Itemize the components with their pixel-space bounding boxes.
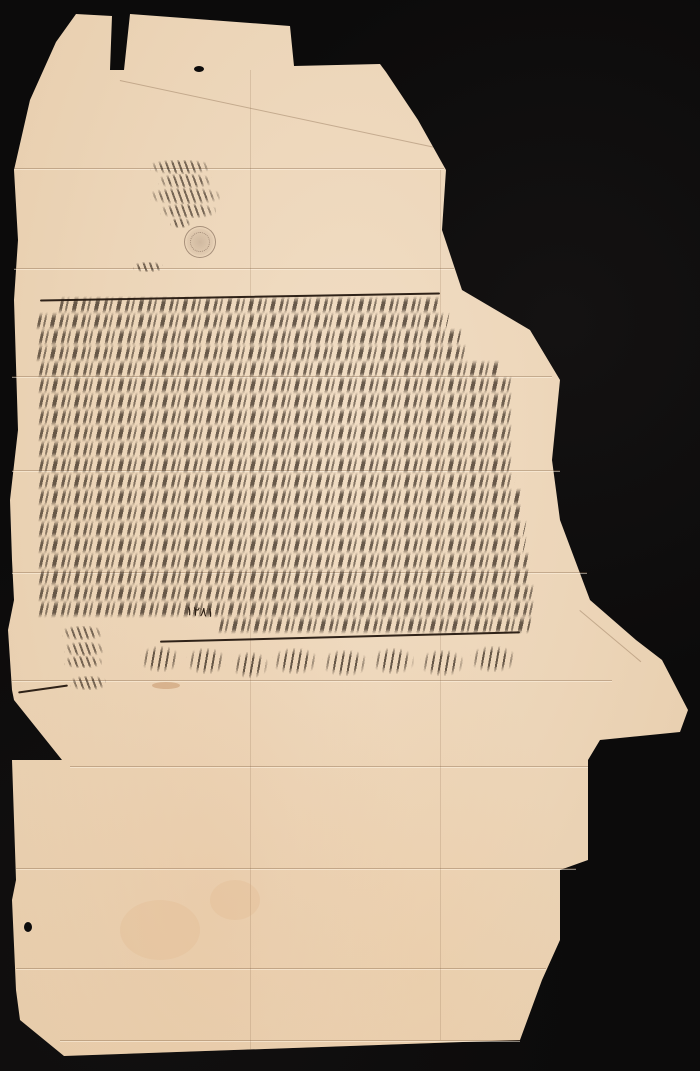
stain <box>120 900 200 960</box>
fold-line <box>14 268 454 269</box>
fold-line <box>70 766 588 767</box>
hole <box>194 66 204 72</box>
stain <box>210 880 260 920</box>
fold-line <box>14 168 444 169</box>
seal-stamp: Faint circular stamped seal below header… <box>184 226 216 258</box>
fold-line <box>16 868 576 869</box>
fold-line <box>60 1040 520 1041</box>
stain <box>152 682 180 689</box>
fold-line <box>16 968 546 969</box>
hole <box>24 922 32 932</box>
top-mark <box>133 262 163 272</box>
date-numerals: ١٢٨١ <box>186 604 215 621</box>
